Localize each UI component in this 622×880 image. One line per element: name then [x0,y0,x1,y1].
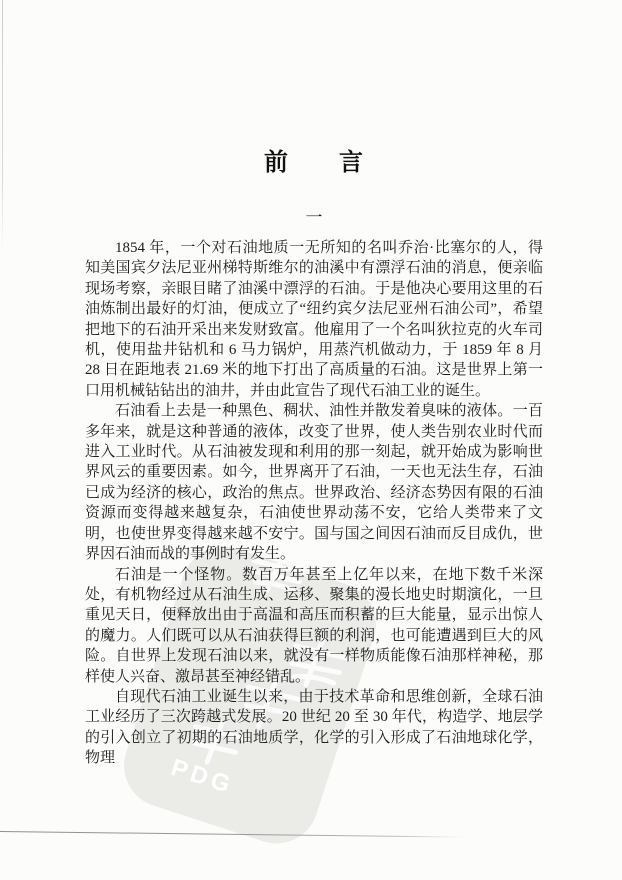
page-title: 前 言 [85,142,543,177]
body-text: 1854 年，一个对石油地质一无所知的名叫乔治·比塞尔的人，得知美国宾夕法尼亚州… [85,238,543,769]
scan-artifact-vertical-line [2,0,3,252]
paragraph: 自现代石油工业诞生以来，由于技术革命和思维创新，全球石油工业经历了三次跨越式发展… [85,687,543,769]
paragraph: 石油是一个怪物。数百万年甚至上亿年以来，在地下数千米深处，有机物经过从石油生成、… [85,565,543,687]
scanned-book-page: PDG 前 言 一 1854 年，一个对石油地质一无所知的名叫乔治·比塞尔的人，… [0,0,622,880]
scan-artifact-horizontal-line [0,831,465,838]
paragraph: 石油看上去是一种黑色、稠状、油性并散发着臭味的液体。一百多年来，就是这种普通的液… [85,401,543,564]
section-marker: 一 [85,203,543,228]
paragraph: 1854 年，一个对石油地质一无所知的名叫乔治·比塞尔的人，得知美国宾夕法尼亚州… [85,238,543,401]
